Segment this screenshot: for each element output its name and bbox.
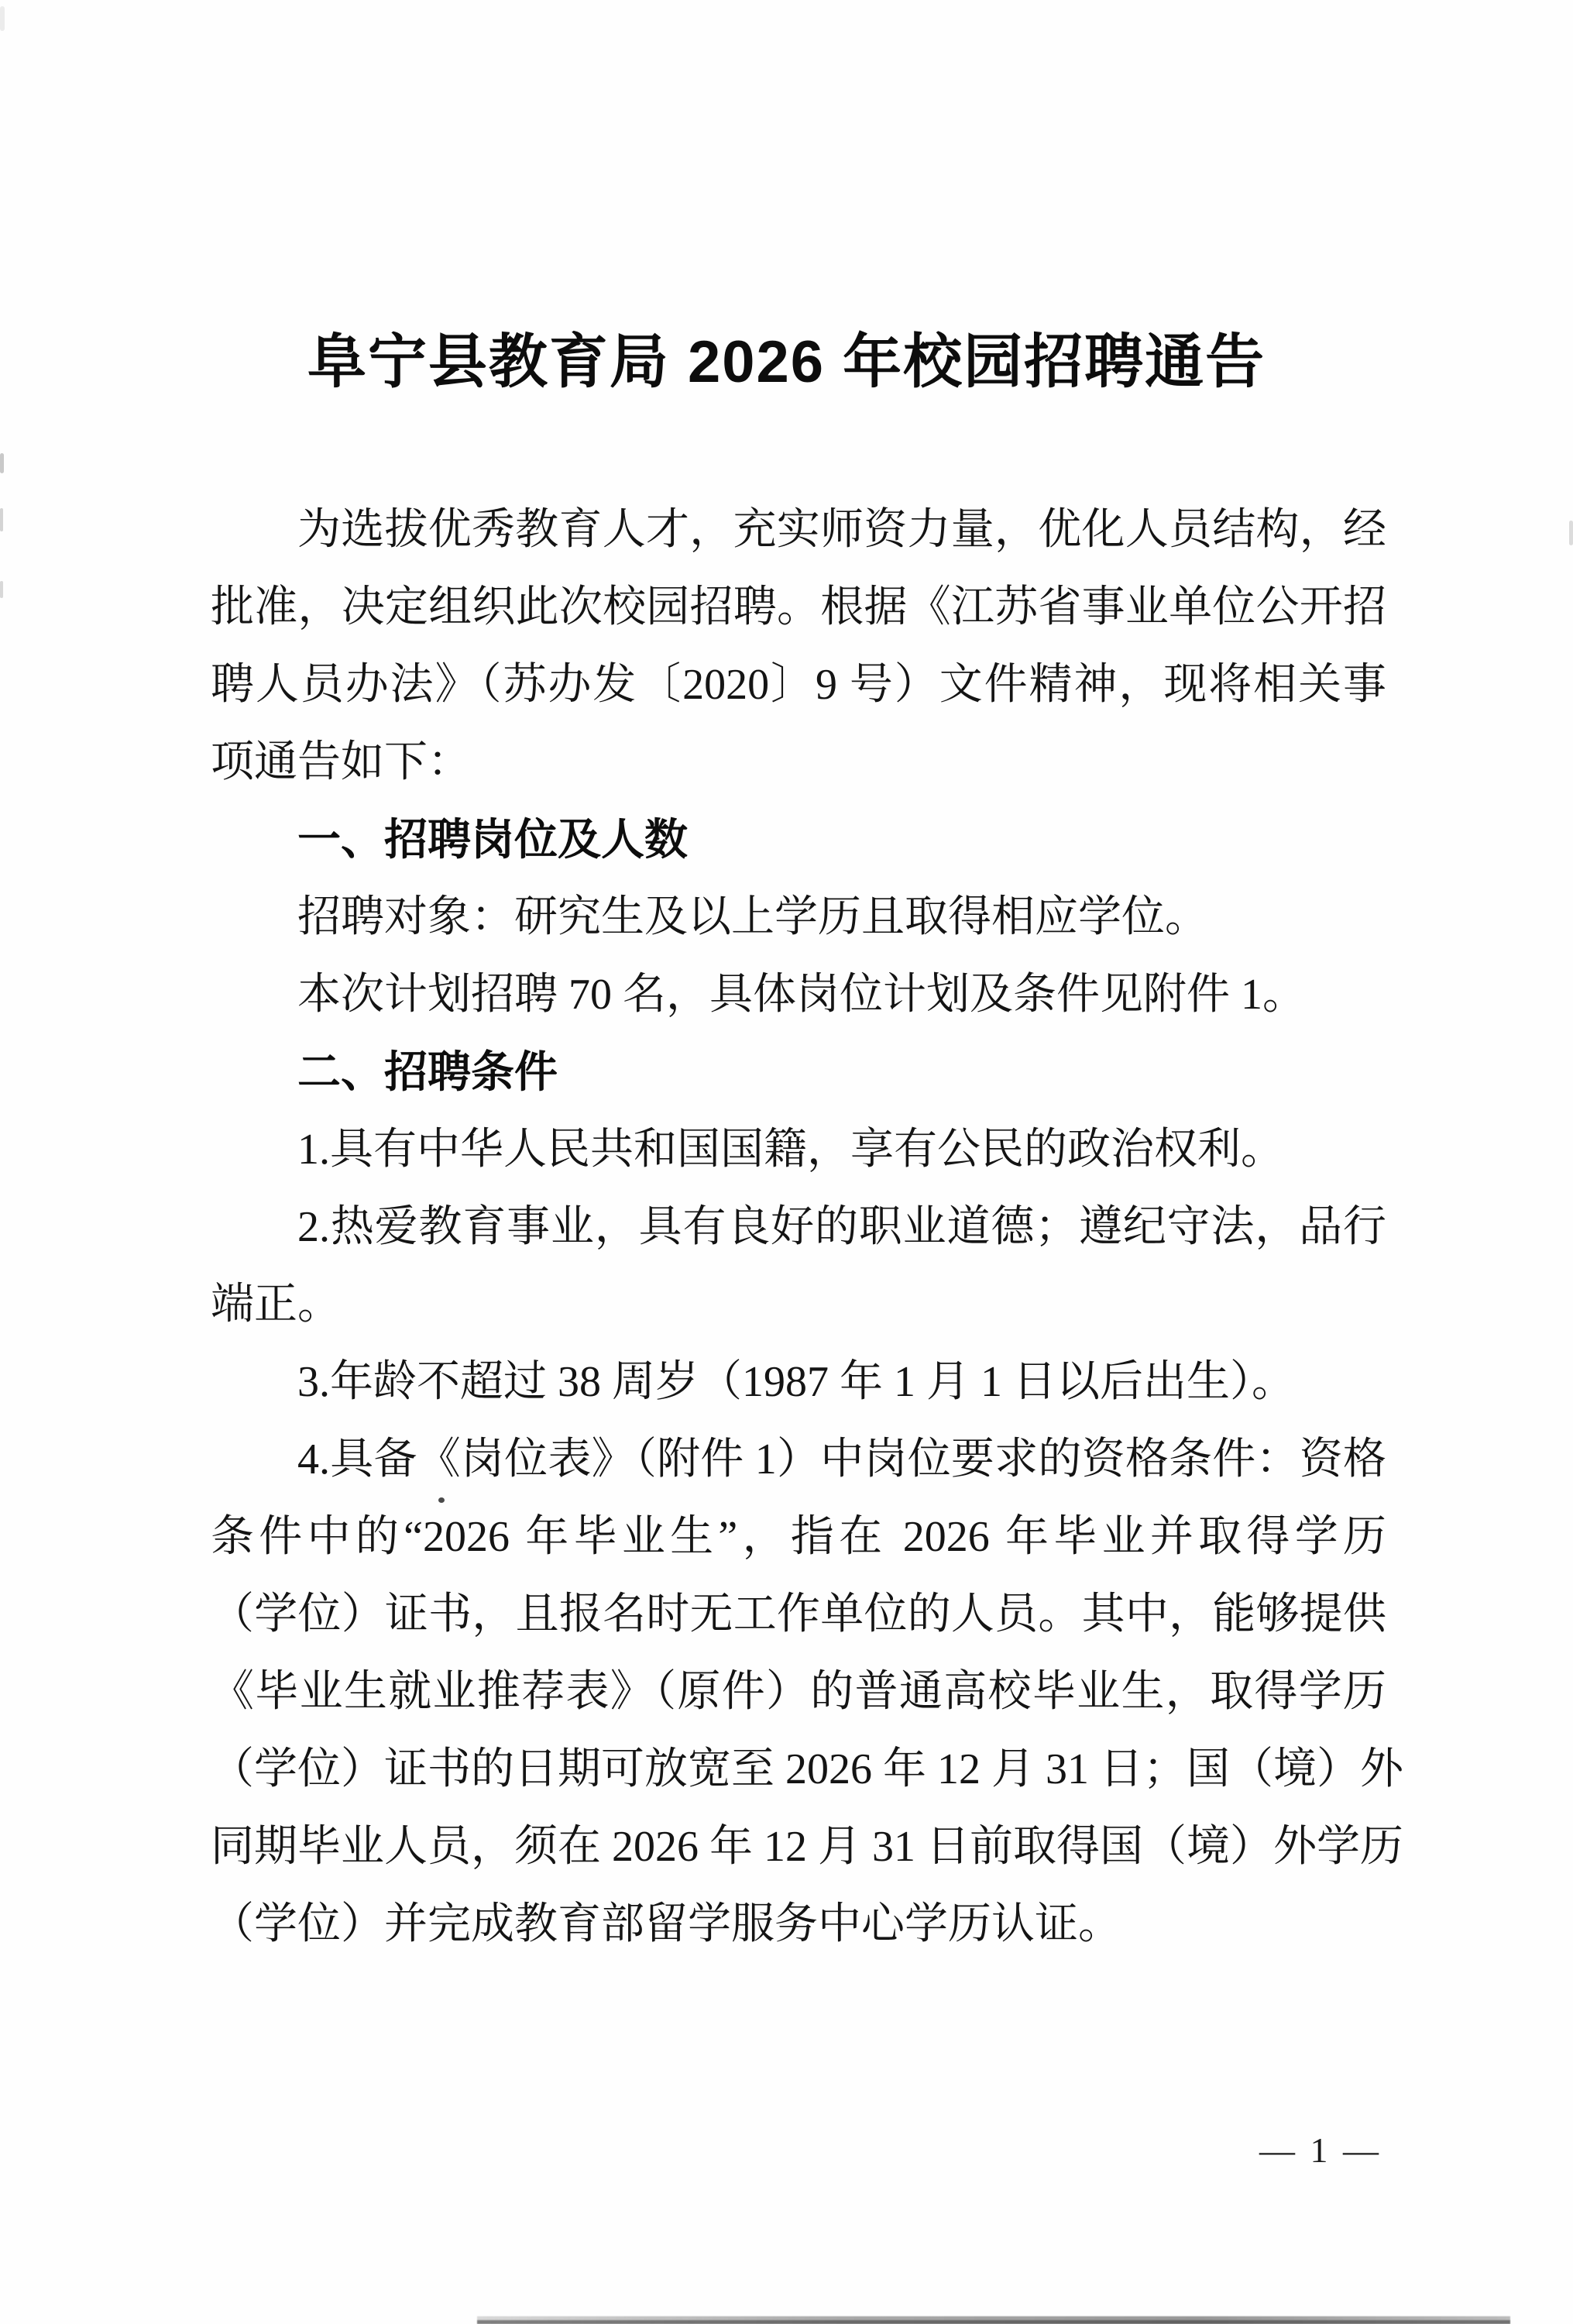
body-line: 1.具有中华人民共和国国籍，享有公民的政治权利。 [211,1111,1386,1188]
body-line: 聘人员办法》（苏办发〔2020〕9 号）文件精神，现将相关事 [211,646,1386,724]
body-line: （学位）并完成教育部留学服务中心学历认证。 [211,1886,1386,1963]
body-line: 招聘对象：研究生及以上学历且取得相应学位。 [211,878,1386,956]
body-line: 4.具备《岗位表》（附件 1）中岗位要求的资格条件：资格 [211,1421,1386,1498]
document-title: 阜宁县教育局 2026 年校园招聘通告 [0,325,1573,400]
page-number: — 1 — [1239,2129,1402,2172]
body-line: 2.热爱教育事业，具有良好的职业道德；遵纪守法，品行 [211,1188,1386,1266]
scan-artifact-speck [0,581,3,598]
section-heading-2: 二、招聘条件 [211,1033,1386,1111]
scan-artifact-speck [0,6,5,31]
body-line: 为选拔优秀教育人才，充实师资力量，优化人员结构，经 [211,491,1386,569]
body-line: 同期毕业人员，须在 2026 年 12 月 31 日前取得国（境）外学历 [211,1808,1386,1886]
body-line: 端正。 [211,1266,1386,1343]
scan-artifact-speck [0,453,4,473]
body-line: 3.年龄不超过 38 周岁（1987 年 1 月 1 日以后出生）。 [211,1343,1386,1421]
scan-artifact-speck [0,508,3,531]
body-line: 批准，决定组织此次校园招聘。根据《江苏省事业单位公开招 [211,569,1386,646]
scanned-document-page: 阜宁县教育局 2026 年校园招聘通告 为选拔优秀教育人才，充实师资力量，优化人… [0,0,1573,2324]
body-line: （学位）证书的日期可放宽至 2026 年 12 月 31 日；国（境）外 [211,1731,1386,1808]
body-line: 项通告如下： [211,724,1386,801]
section-heading-1: 一、招聘岗位及人数 [211,801,1386,878]
scan-artifact-ink-dot [438,1497,445,1503]
scan-artifact-bottom-edge [477,2316,1510,2324]
document-body: 为选拔优秀教育人才，充实师资力量，优化人员结构，经 批准，决定组织此次校园招聘。… [211,491,1386,1963]
body-line: 《毕业生就业推荐表》（原件）的普通高校毕业生，取得学历 [211,1653,1386,1731]
body-line: 本次计划招聘 70 名，具体岗位计划及条件见附件 1。 [211,956,1386,1033]
body-line: （学位）证书，且报名时无工作单位的人员。其中，能够提供 [211,1576,1386,1653]
scan-artifact-speck [1569,521,1573,545]
body-line: 条件中的“2026 年毕业生”，指在 2026 年毕业并取得学历 [211,1498,1386,1576]
